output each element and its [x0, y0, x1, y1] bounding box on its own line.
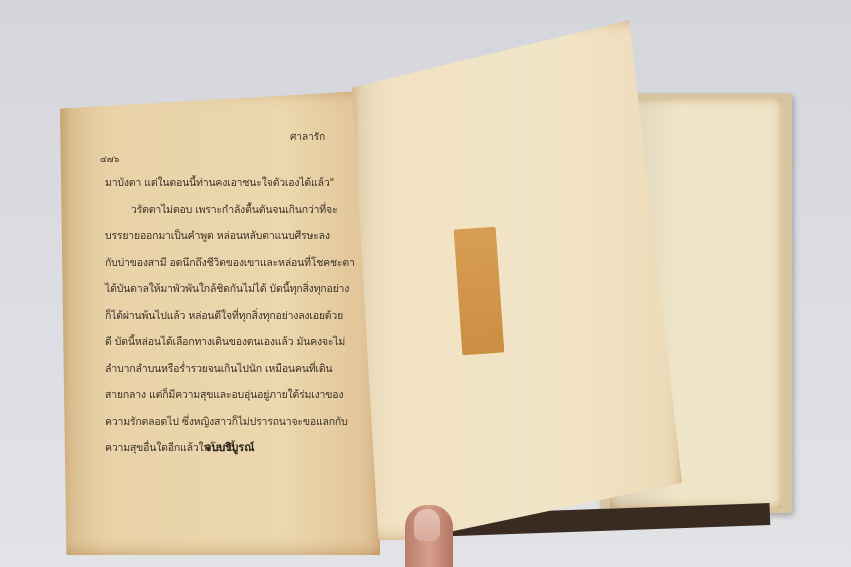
fingernail [414, 509, 440, 541]
right-page [352, 20, 682, 540]
tape-stain [454, 227, 505, 356]
text-line: ได้บันดาลให้มาพัวพันใกล้ชิดกันไม่ได้ บัด… [105, 276, 335, 303]
text-line: มาบังตา แต่ในตอนนี้ท่านคงเอาชนะใจตัวเองไ… [105, 170, 335, 197]
text-line: วรัตตาไม่ตอบ เพราะกำลังตื้นตันจนเกินกว่า… [105, 197, 335, 224]
text-line: บรรยายออกมาเป็นคำพูด หล่อนหลับตาแนบศีรษะ… [105, 223, 335, 250]
running-head: ศาลารัก [290, 130, 325, 145]
text-line: กับบ่าของสามี อดนึกถึงชีวิตของเขาและหล่อ… [105, 250, 335, 277]
page-number: ๔๗๖ [100, 152, 119, 166]
text-line: ดี บัดนี้หล่อนได้เลือกทางเดินของตนเองแล้… [105, 329, 335, 356]
text-line: สายกลาง แต่ก็มีความสุขและอบอุ่นอยู่ภายใต… [105, 382, 335, 409]
text-line: ลำบากลำบนหรือร่ำรวยจนเกินไปนัก เหมือนคนท… [105, 356, 335, 383]
page-text: มาบังตา แต่ในตอนนี้ท่านคงเอาชนะใจตัวเองไ… [105, 170, 335, 462]
text-line: ความรักตลอดไป ซึ่งหญิงสาวก็ไม่ปรารถนาจะข… [105, 409, 335, 436]
book-photo: ศาลารัก ๔๗๖ มาบังตา แต่ในตอนนี้ท่านคงเอา… [0, 0, 851, 567]
left-page: ศาลารัก ๔๗๖ มาบังตา แต่ในตอนนี้ท่านคงเอา… [60, 90, 380, 555]
the-end-label: จบบริบูรณ์ [205, 438, 254, 456]
text-line: ก็ได้ผ่านพ้นไปแล้ว หล่อนดีใจที่ทุกสิ่งทุ… [105, 303, 335, 330]
